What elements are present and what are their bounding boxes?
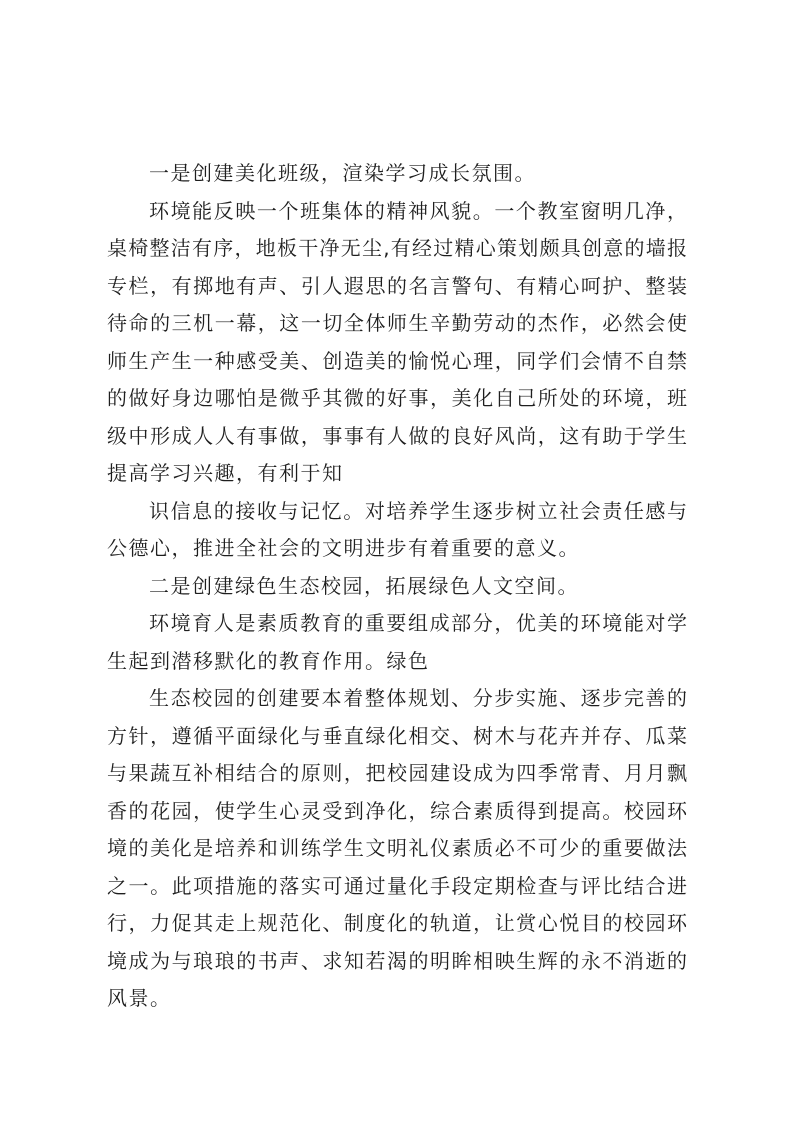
paragraph-line: 生态校园的创建要本着整体规划、分步实施、逐步完善的 xyxy=(107,680,687,718)
paragraph-line: 识信息的接收与记忆。对培养学生逐步树立社会责任感与 xyxy=(107,493,687,531)
heading-section-two: 二是创建绿色生态校园，拓展绿色人文空间。 xyxy=(107,568,687,606)
paragraph-line: 环境能反映一个班集体的精神风貌。一个教室窗明几净， xyxy=(107,193,687,231)
paragraph-line: 之一。此项措施的落实可通过量化手段定期检查与评比结合进 xyxy=(107,868,687,906)
document-page: 一是创建美化班级，渲染学习成长氛围。 环境能反映一个班集体的精神风貌。一个教室窗… xyxy=(107,155,687,1018)
paragraph-line: 香的花园，使学生心灵受到净化，综合素质得到提高。校园环 xyxy=(107,793,687,831)
paragraph-line: 风景。 xyxy=(107,980,687,1018)
paragraph-line: 与果蔬互补相结合的原则，把校园建设成为四季常青、月月飘 xyxy=(107,755,687,793)
paragraph-line: 方针，遵循平面绿化与垂直绿化相交、树木与花卉并存、瓜菜 xyxy=(107,718,687,756)
paragraph-line: 提高学习兴趣，有利于知 xyxy=(107,455,687,493)
paragraph-line: 公德心，推进全社会的文明进步有着重要的意义。 xyxy=(107,530,687,568)
paragraph-line: 师生产生一种感受美、创造美的愉悦心理，同学们会情不自禁 xyxy=(107,343,687,381)
paragraph-line: 行，力促其走上规范化、制度化的轨道，让赏心悦目的校园环 xyxy=(107,905,687,943)
paragraph-line: 境成为与琅琅的书声、求知若渴的明眸相映生辉的永不消逝的 xyxy=(107,943,687,981)
heading-section-one: 一是创建美化班级，渲染学习成长氛围。 xyxy=(107,155,687,193)
paragraph-line: 生起到潜移默化的教育作用。绿色 xyxy=(107,643,687,681)
paragraph-line: 桌椅整洁有序，地板干净无尘,有经过精心策划颇具创意的墙报 xyxy=(107,230,687,268)
paragraph-line: 境的美化是培养和训练学生文明礼仪素质必不可少的重要做法 xyxy=(107,830,687,868)
paragraph-line: 的做好身边哪怕是微乎其微的好事，美化自己所处的环境，班 xyxy=(107,380,687,418)
paragraph-line: 待命的三机一幕，这一切全体师生辛勤劳动的杰作，必然会使 xyxy=(107,305,687,343)
paragraph-line: 专栏，有掷地有声、引人遐思的名言警句、有精心呵护、整装 xyxy=(107,268,687,306)
paragraph-line: 环境育人是素质教育的重要组成部分，优美的环境能对学 xyxy=(107,605,687,643)
paragraph-line: 级中形成人人有事做，事事有人做的良好风尚，这有助于学生 xyxy=(107,418,687,456)
